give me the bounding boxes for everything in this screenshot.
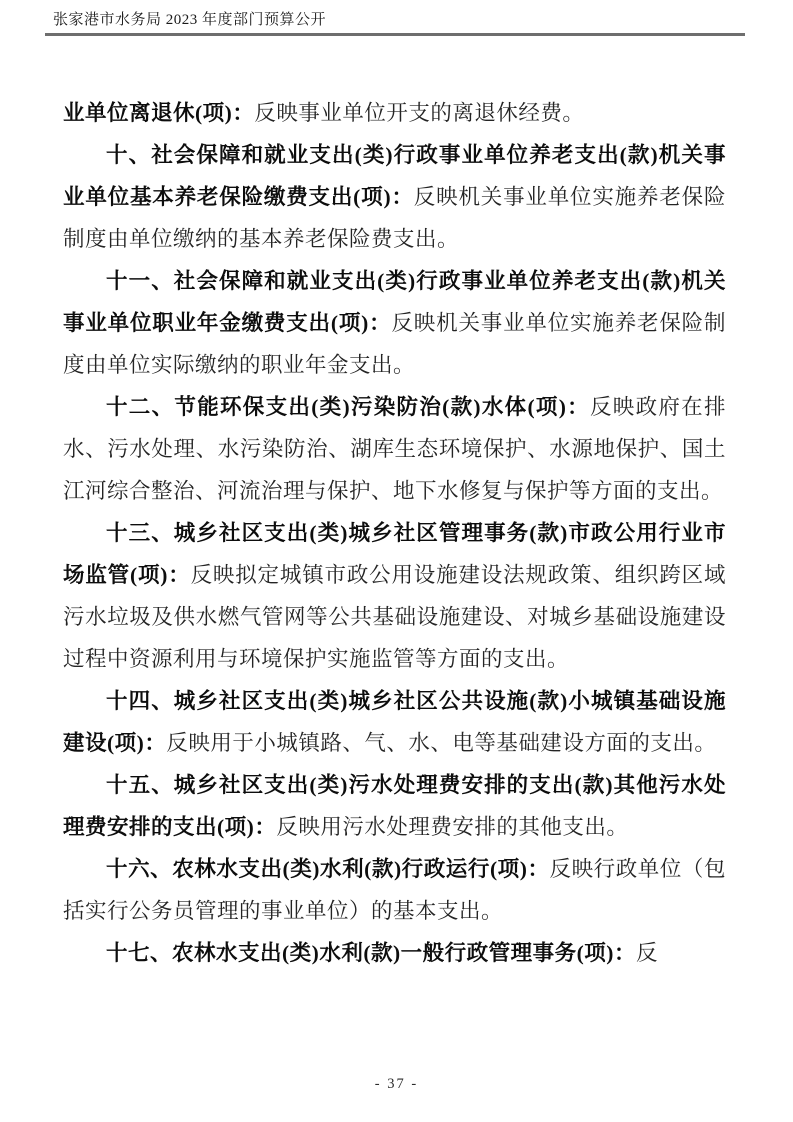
paragraph-body: 反映用于小城镇路、气、水、电等基础建设方面的支出。 bbox=[166, 731, 716, 755]
document-page: 张家港市水务局 2023 年度部门预算公开 业单位离退休(项)：反映事业单位开支… bbox=[0, 0, 793, 1122]
page-footer: - 37 - bbox=[0, 1076, 793, 1093]
page-header: 张家港市水务局 2023 年度部门预算公开 bbox=[45, 8, 745, 36]
paragraph: 十七、农林水支出(类)水利(款)一般行政管理事务(项)：反 bbox=[63, 932, 726, 974]
header-title: 张家港市水务局 2023 年度部门预算公开 bbox=[53, 8, 326, 29]
paragraph-body: 反 bbox=[636, 941, 658, 965]
paragraph: 十五、城乡社区支出(类)污水处理费安排的支出(款)其他污水处理费安排的支出(项)… bbox=[63, 764, 726, 848]
paragraph-body: 反映事业单位开支的离退休经费。 bbox=[254, 101, 584, 125]
paragraph: 十二、节能环保支出(类)污染防治(款)水体(项)：反映政府在排水、污水处理、水污… bbox=[63, 386, 726, 512]
paragraph-lead: 十二、节能环保支出(类)污染防治(款)水体(项)： bbox=[106, 395, 590, 419]
paragraph: 十三、城乡社区支出(类)城乡社区管理事务(款)市政公用行业市场监管(项)：反映拟… bbox=[63, 512, 726, 680]
paragraph: 业单位离退休(项)：反映事业单位开支的离退休经费。 bbox=[63, 92, 726, 134]
paragraph: 十、社会保障和就业支出(类)行政事业单位养老支出(款)机关事业单位基本养老保险缴… bbox=[63, 134, 726, 260]
paragraph-lead: 业单位离退休(项)： bbox=[63, 101, 254, 125]
page-number: - 37 - bbox=[375, 1076, 418, 1092]
paragraph-lead: 十六、农林水支出(类)水利(款)行政运行(项)： bbox=[106, 857, 550, 881]
paragraph-lead: 十七、农林水支出(类)水利(款)一般行政管理事务(项)： bbox=[106, 941, 636, 965]
paragraph: 十四、城乡社区支出(类)城乡社区公共设施(款)小城镇基础设施建设(项)：反映用于… bbox=[63, 680, 726, 764]
paragraph: 十一、社会保障和就业支出(类)行政事业单位养老支出(款)机关事业单位职业年金缴费… bbox=[63, 260, 726, 386]
document-body: 业单位离退休(项)：反映事业单位开支的离退休经费。 十、社会保障和就业支出(类)… bbox=[63, 92, 726, 974]
paragraph-body: 反映用污水处理费安排的其他支出。 bbox=[276, 815, 628, 839]
paragraph: 十六、农林水支出(类)水利(款)行政运行(项)：反映行政单位（包括实行公务员管理… bbox=[63, 848, 726, 932]
